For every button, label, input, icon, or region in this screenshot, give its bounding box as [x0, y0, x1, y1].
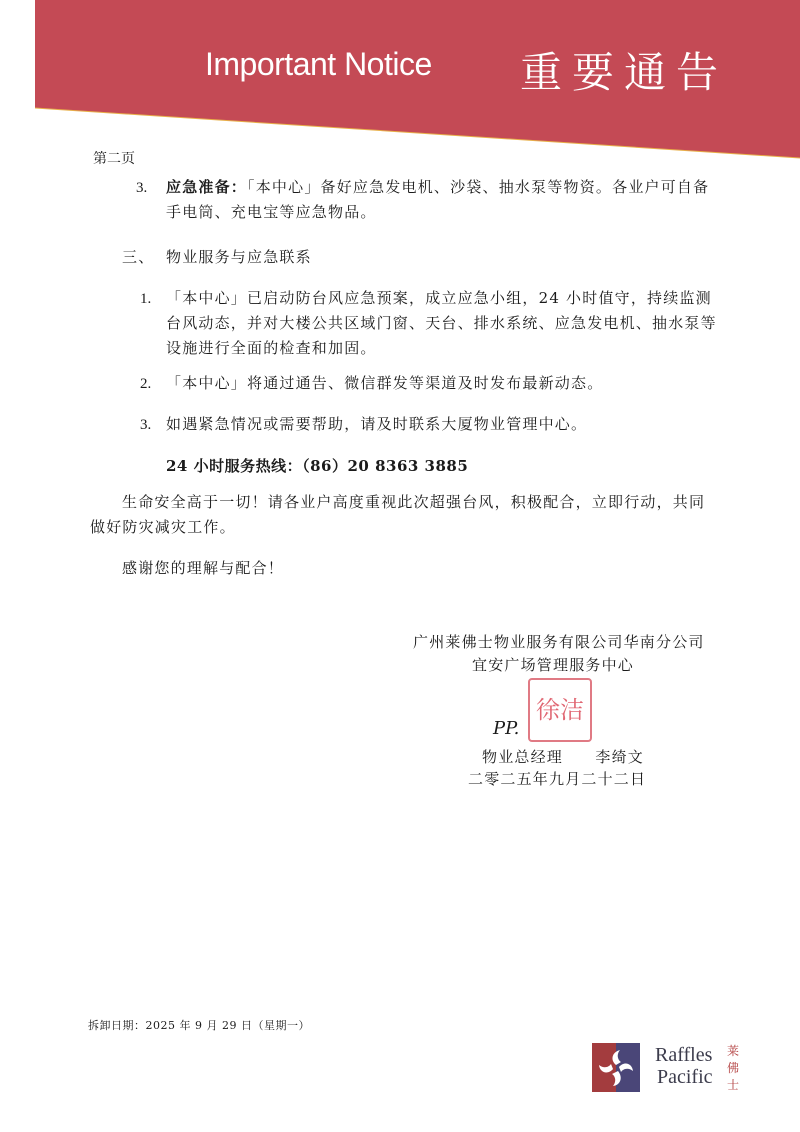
pp-signature: PP. — [493, 718, 519, 739]
signature-date: 二零二五年九月二十二日 — [468, 767, 646, 792]
hotline: 24 小时服务热线：（86）20 8363 3885 — [166, 454, 468, 479]
logo-text: Raffles Pacific — [655, 1044, 713, 1088]
logo-char: 士 — [727, 1077, 741, 1094]
section-number: 三、 — [122, 245, 154, 270]
title-english: Important Notice — [205, 46, 432, 83]
closing-line1: 生命安全高于一切！请各业户高度重视此次超强台风，积极配合，立即行动，共同 — [122, 490, 705, 515]
item-number: 3. — [136, 180, 147, 197]
logo-char: 莱 — [727, 1043, 741, 1060]
company-name: 广州莱佛士物业服务有限公司华南分公司 — [413, 630, 705, 655]
removal-date: 拆卸日期：2025 年 9 月 29 日（星期一） — [88, 1017, 310, 1033]
title-chinese: 重要通告 — [520, 40, 728, 100]
raffles-pacific-logo-icon — [592, 1043, 640, 1092]
service-item-1-line3: 设施进行全面的检查和加固。 — [166, 336, 377, 361]
emergency-prep-text: 「本中心」备好应急发电机、沙袋、抽水泵等物资。各业户可自备 — [247, 178, 709, 196]
logo-pacific: Pacific — [655, 1066, 713, 1088]
pinwheel-icon — [592, 1043, 640, 1092]
service-item-2: 「本中心」将通过通告、微信群发等渠道及时发布最新动态。 — [166, 371, 603, 396]
emergency-prep-label: 应急准备： — [166, 178, 247, 196]
logo-char: 佛 — [727, 1060, 741, 1077]
thanks: 感谢您的理解与配合！ — [122, 556, 284, 581]
item-number: 2. — [140, 376, 151, 393]
service-item-1-line1: 「本中心」已启动防台风应急预案，成立应急小组，24 小时值守，持续监测 — [166, 286, 712, 311]
section-title: 物业服务与应急联系 — [166, 245, 312, 270]
item-number: 3. — [140, 417, 151, 434]
service-item-3: 如遇紧急情况或需要帮助，请及时联系大厦物业管理中心。 — [166, 412, 587, 437]
logo-chinese: 莱 佛 士 — [727, 1043, 741, 1094]
page-label: 第二页 — [93, 148, 135, 168]
logo-raffles: Raffles — [655, 1044, 713, 1066]
emergency-prep-line2: 手电筒、充电宝等应急物品。 — [166, 200, 377, 225]
seal-stamp: 徐洁 — [528, 678, 592, 742]
item-number: 1. — [140, 291, 151, 308]
service-item-1-line2: 台风动态，并对大楼公共区域门窗、天台、排水系统、应急发电机、抽水泵等 — [166, 311, 717, 336]
management-center: 宜安广场管理服务中心 — [472, 653, 634, 678]
closing-line2: 做好防灾减灾工作。 — [90, 515, 236, 540]
emergency-prep-line1: 应急准备：「本中心」备好应急发电机、沙袋、抽水泵等物资。各业户可自备 — [166, 175, 709, 200]
